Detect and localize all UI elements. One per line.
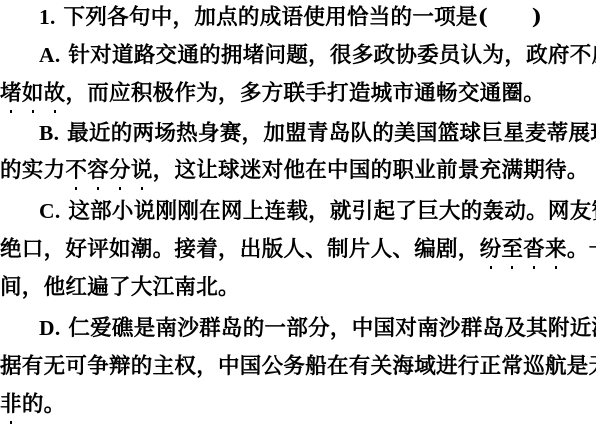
option-b-text: 最近的两场热身赛，加盟青岛队的美国篮球巨星麦蒂展现出 (67, 121, 596, 146)
option-b-text-pre: 的实力 (0, 158, 65, 183)
option-c-text: 这部小说刚刚在网上连载，就引起了巨大的轰动。网友赞不 (68, 199, 596, 224)
question-number: 1. (39, 5, 56, 29)
option-b-line-2: 的实力不容分说，这让球迷对他在中国的职业前景充满期待。 (0, 158, 589, 184)
option-b-text-post: ，这让球迷对他在中国的职业前景充满期待。 (153, 158, 589, 183)
emphasis-dot-char: 堵 (0, 81, 22, 107)
emphasis-dot-char: 无 (589, 354, 596, 380)
option-d-text-pre: 据有无可争辩的主权，中国公务船在有关海域进行正常巡航是 (0, 354, 589, 379)
option-c-text-pre: 绝口，好评如潮。接着，出版人、制片人、编剧， (0, 237, 480, 262)
emphasis-dot-char: 纷 (480, 237, 502, 263)
dotted-idiom-a-cont: 堵如故 (0, 81, 65, 106)
emphasis-dot-char: 不 (65, 158, 87, 184)
emphasis-dot-char: 分 (109, 158, 131, 184)
option-a-line-1: A. 针对道路交通的拥堵问题，很多政协委员认为，政府不应安 (0, 42, 596, 68)
option-c-label: C. (39, 199, 61, 223)
option-d-label: D. (39, 316, 61, 340)
option-d-text-end: 的。 (22, 392, 66, 417)
emphasis-dot-char: 如 (22, 81, 44, 107)
dotted-idiom-d-cont: 非 (0, 392, 22, 417)
option-a-text-cont: ，而应积极作为，多方联手打造城市通畅交通圈。 (65, 81, 545, 106)
option-d-line-1: D. 仁爱礁是南沙群岛的一部分，中国对南沙群岛及其附近海域 (0, 315, 596, 341)
emphasis-dot-char: 故 (44, 81, 66, 107)
emphasis-dot-char: 非 (0, 392, 22, 418)
option-a-label: A. (39, 43, 61, 67)
option-c-line-1: C. 这部小说刚刚在网上连载，就引起了巨大的轰动。网友赞不 (0, 198, 596, 224)
option-d-line-3: 非的。 (0, 392, 65, 418)
dotted-idiom-b: 不容分说 (65, 158, 152, 183)
dotted-chars: 堵如故 (0, 81, 65, 106)
emphasis-dot-char: 沓 (523, 237, 545, 263)
option-c-line-3: 间，他红遍了大江南北。 (0, 275, 240, 301)
option-b-line-1: B. 最近的两场热身赛，加盟青岛队的美国篮球巨星麦蒂展现出 (0, 120, 596, 146)
option-c-text-post: 。一夜之 (567, 237, 596, 262)
question-stem: 下列各句中，加点的成语使用恰当的一项是( ) (64, 5, 543, 30)
option-c-text-end: 间，他红遍了大江南北。 (0, 275, 240, 300)
emphasis-dot-char: 说 (131, 158, 153, 184)
dotted-idiom-d: 无可厚 (589, 354, 596, 379)
option-d-line-2: 据有无可争辩的主权，中国公务船在有关海域进行正常巡航是无可厚 (0, 354, 596, 380)
option-a-line-2: 堵如故，而应积极作为，多方联手打造城市通畅交通圈。 (0, 81, 545, 107)
emphasis-dot-char: 至 (501, 237, 523, 263)
option-c-line-2: 绝口，好评如潮。接着，出版人、制片人、编剧，纷至沓来。一夜之 (0, 237, 596, 263)
option-b-label: B. (39, 121, 59, 145)
option-d-text: 仁爱礁是南沙群岛的一部分，中国对南沙群岛及其附近海域 (68, 316, 596, 341)
option-a-text: 针对道路交通的拥堵问题，很多政协委员认为，政府不应 (68, 43, 596, 68)
dotted-idiom-c: 纷至沓来 (480, 237, 567, 262)
question-stem-line: 1. 下列各句中，加点的成语使用恰当的一项是( ) (0, 4, 542, 30)
emphasis-dot-char: 来 (545, 237, 567, 263)
emphasis-dot-char: 容 (87, 158, 109, 184)
